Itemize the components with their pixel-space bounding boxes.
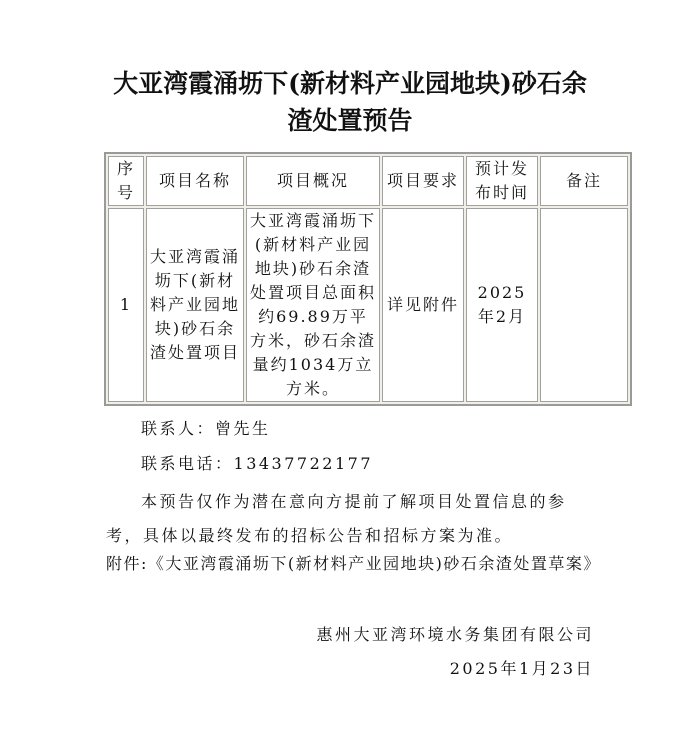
header-release-time: 预计发 布时间 [466, 156, 538, 206]
attachment-name: 《大亚湾霞涌坜下(新材料产业园地块)砂石余渣处置草案》 [148, 554, 601, 573]
cell-overview: 大亚湾霞涌坜下(新材料产业园地块)砂石余渣处置项目总面积约69.89万平方米，砂… [246, 208, 380, 402]
cell-requirement: 详见附件 [382, 208, 464, 402]
contact-person: 联系人：曾先生 [141, 416, 271, 439]
document-title-line2: 渣处置预告 [0, 101, 700, 137]
cell-seq: 1 [108, 208, 144, 402]
cell-release-time: 2025年2月 [466, 208, 538, 402]
header-seq: 序 号 [108, 156, 144, 206]
cell-remark [540, 208, 628, 402]
document-title-line1: 大亚湾霞涌坜下(新材料产业园地块)砂石余 [0, 64, 700, 100]
table-row: 1 大亚湾霞涌坜下(新材料产业园地块)砂石余渣处置项目 大亚湾霞涌坜下(新材料产… [108, 208, 628, 402]
signature-company: 惠州大亚湾环境水务集团有限公司 [316, 622, 594, 645]
notice-text: 本预告仅作为潜在意向方提前了解项目处置信息的参考，具体以最终发布的招标公告和招标… [106, 485, 598, 553]
table-header-row: 序 号 项目名称 项目概况 项目要求 预计发 布时间 备注 [108, 156, 628, 206]
attachment-line: 附件:《大亚湾霞涌坜下(新材料产业园地块)砂石余渣处置草案》 [106, 551, 601, 574]
contact-phone: 联系电话：13437722177 [141, 451, 373, 474]
header-requirement: 项目要求 [382, 156, 464, 206]
header-remark: 备注 [540, 156, 628, 206]
cell-name: 大亚湾霞涌坜下(新材料产业园地块)砂石余渣处置项目 [146, 208, 244, 402]
header-name: 项目名称 [146, 156, 244, 206]
signature-date: 2025年1月23日 [450, 656, 594, 679]
project-table: 序 号 项目名称 项目概况 项目要求 预计发 布时间 备注 1 大亚湾霞涌坜下(… [104, 152, 632, 406]
header-overview: 项目概况 [246, 156, 380, 206]
